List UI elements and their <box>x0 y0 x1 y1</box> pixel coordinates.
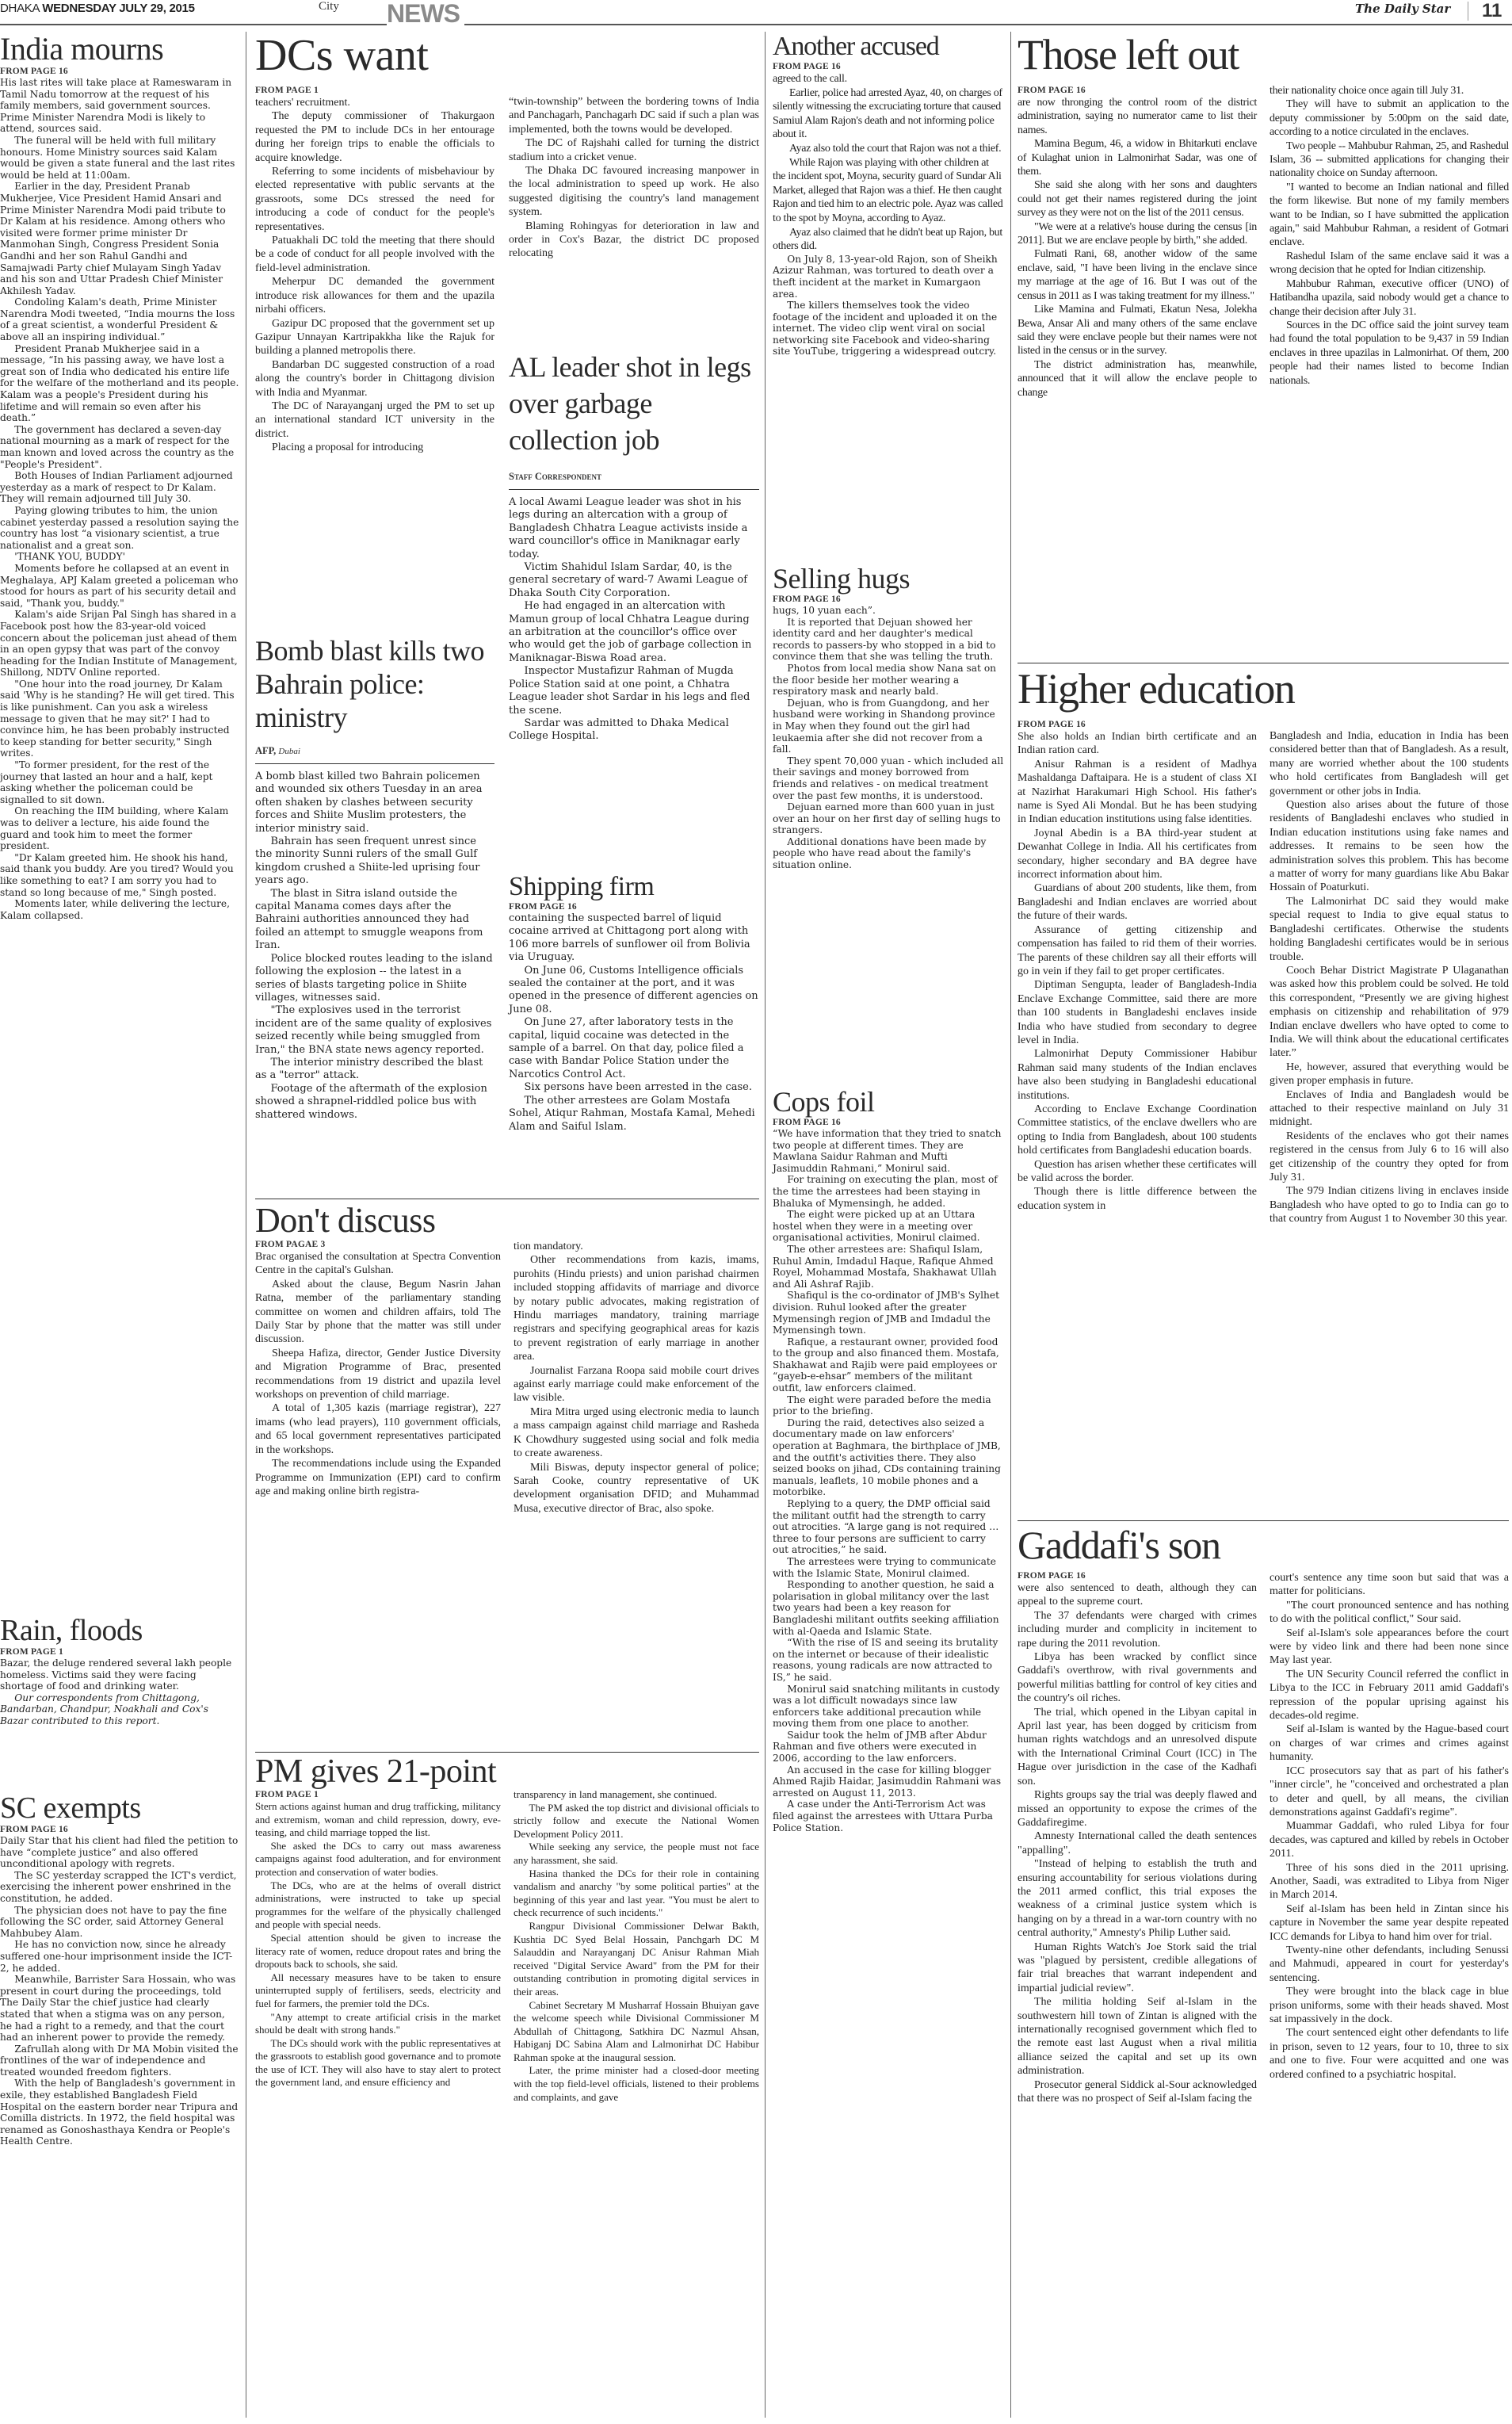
article-body: were also sentenced to death, although t… <box>1018 1581 1257 2105</box>
paragraph: Sardar was admitted to Dhaka Medical Col… <box>509 717 759 744</box>
paragraph: They will have to submit an application … <box>1270 97 1509 139</box>
column-divider <box>765 32 766 2418</box>
article-body: agreed to the call. Earlier, police had … <box>773 72 1004 254</box>
paragraph: Kalam's aide Srijan Pal Singh has shared… <box>0 609 239 679</box>
article-rain-floods: Rain, floods FROM PAGE 1 Bazar, the delu… <box>0 1615 239 1727</box>
column: transparency in land management, she con… <box>514 1788 759 2104</box>
paragraph: Lalmonirhat Deputy Commissioner Habibur … <box>1018 1047 1257 1103</box>
article-body: “We have information that they tried to … <box>773 1128 1004 1833</box>
paragraph: “twin-township” between the bordering to… <box>509 95 759 136</box>
paragraph: Like Mamina and Fulmati, Ekatun Nesa, Jo… <box>1018 303 1257 358</box>
from-page: FROM PAGE 16 <box>773 62 1004 71</box>
article-sc-exempts: SC exempts FROM PAGE 16 Daily Star that … <box>0 1793 239 2147</box>
article-body-columns: FROM PAGAE 3 Brac organised the consulta… <box>255 1238 759 1516</box>
paragraph: Earlier in the day, President Pranab Muk… <box>0 181 239 296</box>
paragraph: Brac organised the consultation at Spect… <box>255 1250 501 1278</box>
paragraph: The 37 defendants were charged with crim… <box>1018 1609 1257 1650</box>
paragraph: Sources in the DC office said the joint … <box>1270 319 1509 388</box>
column-divider <box>1010 32 1011 2418</box>
headline: Shipping firm <box>509 874 759 900</box>
paragraph: The 979 Indian citizens living in enclav… <box>1270 1184 1509 1225</box>
paragraph: Human Rights Watch's Joe Stork said the … <box>1018 1940 1257 1996</box>
masthead: DHAKA WEDNESDAY JULY 29, 2015 City NEWS … <box>0 0 1512 27</box>
paragraph: All necessary measures have to be taken … <box>255 1971 501 2011</box>
headline: PM gives 21-point <box>255 1755 759 1788</box>
paragraph: Shafiqul is the co-ordinator of JMB's Sy… <box>773 1290 1004 1336</box>
paragraph: "I wanted to become an Indian national a… <box>1270 181 1509 250</box>
paragraph: Footage of the aftermath of the explosio… <box>255 1083 494 1122</box>
article-another-accused: Another accused FROM PAGE 16 agreed to t… <box>773 33 1004 357</box>
from-page: FROM PAGE 16 <box>773 1118 1004 1127</box>
brand-logo: The Daily Star <box>1355 2 1450 16</box>
paragraph: agreed to the call. <box>773 72 1004 86</box>
paragraph: “We have information that they tried to … <box>773 1128 1004 1174</box>
paragraph: Twenty-nine other defendants, including … <box>1270 1944 1509 1985</box>
paragraph: Mamina Begum, 46, a widow in Bhitarkuti … <box>1018 137 1257 178</box>
section-divider <box>255 1752 759 1753</box>
paragraph: Mili Biswas, deputy inspector general of… <box>514 1461 759 1516</box>
headline: India mourns <box>0 33 239 65</box>
article-body: On July 8, 13-year-old Rajon, son of She… <box>773 254 1004 357</box>
paragraph: He, however, assured that everything wou… <box>1270 1061 1509 1088</box>
article-body-columns: FROM PAGE 16 were also sentenced to deat… <box>1018 1569 1509 2105</box>
paragraph: Meanwhile, Barrister Sara Hossain, who w… <box>0 1974 239 2044</box>
paragraph: Asked about the clause, Begum Nasrin Jah… <box>255 1278 501 1347</box>
article-body: She also holds an Indian birth certifica… <box>1018 730 1257 1213</box>
from-page: FROM PAGE 16 <box>509 902 759 912</box>
paragraph: Ayaz also told the court that Rajon was … <box>773 142 1004 156</box>
paragraph: The physician does not have to pay the f… <box>0 1905 239 1940</box>
paragraph: The funeral will be held with full milit… <box>0 135 239 181</box>
paragraph: Six persons have been arrested in the ca… <box>509 1081 759 1094</box>
from-page: FROM PAGE 16 <box>773 595 1004 604</box>
paragraph: their nationality choice once again till… <box>1270 84 1509 97</box>
paragraph: The killers themselves took the video fo… <box>773 300 1004 357</box>
from-page: FROM PAGE 16 <box>0 1825 239 1834</box>
paragraph: They spent 70,000 yuan - which included … <box>773 755 1004 801</box>
paragraph: Police blocked routes leading to the isl… <box>255 953 494 1005</box>
paragraph: ICC prosecutors say that as part of his … <box>1270 1764 1509 1820</box>
paragraph: Enclaves of India and Bangladesh would b… <box>1270 1088 1509 1130</box>
paragraph: The other arrestees are: Shafiqul Islam,… <box>773 1244 1004 1290</box>
paragraph: Replying to a query, the DMP official sa… <box>773 1498 1004 1556</box>
article-pm-gives: PM gives 21-point FROM PAGE 1 Stern acti… <box>255 1755 759 2104</box>
headline: DCs want <box>255 33 758 78</box>
paragraph: Both Houses of Indian Parliament adjourn… <box>0 470 239 505</box>
paragraph: teachers' recruitment. <box>255 96 494 109</box>
paragraph: The arrestees were trying to communicate… <box>773 1556 1004 1579</box>
article-body-columns: FROM PAGE 16 are now thronging the contr… <box>1018 84 1509 400</box>
article-body-columns: FROM PAGE 1 Stern actions against human … <box>255 1788 759 2104</box>
paragraph: Monirul said snatching militants in cust… <box>773 1684 1004 1730</box>
column: FROM PAGE 16 were also sentenced to deat… <box>1018 1569 1257 2105</box>
paragraph: On June 27, after laboratory tests in th… <box>509 1016 759 1081</box>
paragraph: The other arrestees are Golam Mostafa So… <box>509 1095 759 1134</box>
byline-agency: AFP, <box>255 745 276 756</box>
paragraph: Anisur Rahman is a resident of Madhya Ma… <box>1018 758 1257 827</box>
paragraph: The trial, which opened in the Libyan ca… <box>1018 1706 1257 1788</box>
byline: AFP, Dubai <box>255 745 494 764</box>
paragraph: Special attention should be given to inc… <box>255 1932 501 1971</box>
article-shipping-firm: Shipping firm FROM PAGE 16 containing th… <box>509 874 759 1134</box>
paragraph: "The explosives used in the terrorist in… <box>255 1004 494 1057</box>
paragraph: The UN Security Council referred the con… <box>1270 1668 1509 1723</box>
article-selling-hugs: Selling hugs FROM PAGE 16 hugs, 10 yuan … <box>773 564 1004 871</box>
paragraph: "Instead of helping to establish the tru… <box>1018 1857 1257 1940</box>
article-body-columns: FROM PAGE 16 She also holds an Indian bi… <box>1018 718 1509 1226</box>
paragraph: "Dr Kalam greeted him. He shook his hand… <box>0 852 239 898</box>
paragraph: A total of 1,305 kazis (marriage registr… <box>255 1401 501 1457</box>
column: FROM PAGE 1 Stern actions against human … <box>255 1788 501 2104</box>
paragraph: were also sentenced to death, although t… <box>1018 1581 1257 1609</box>
paragraph: She also holds an Indian birth certifica… <box>1018 730 1257 758</box>
article-higher-education: Higher education FROM PAGE 16 She also h… <box>1018 667 1509 1226</box>
paragraph: On reaching the IIM building, where Kala… <box>0 805 239 851</box>
paragraph: With the help of Bangladesh's government… <box>0 2078 239 2147</box>
from-page: FROM PAGE 16 <box>1018 720 1257 729</box>
paragraph: "We were at a relative's house during th… <box>1018 220 1257 248</box>
paragraph: Rashedul Islam of the same enclave said … <box>1270 250 1509 277</box>
from-page: FROM PAGE 1 <box>255 1790 501 1799</box>
article-body: transparency in land management, she con… <box>514 1788 759 2104</box>
paragraph: hugs, 10 yuan each”. <box>773 605 1004 617</box>
paragraph: Meherpur DC demanded the government intr… <box>255 275 494 316</box>
paragraph: Gazipur DC proposed that the government … <box>255 317 494 358</box>
headline: Another accused <box>773 33 1004 60</box>
paragraph: "To former president, for the rest of th… <box>0 759 239 805</box>
headline: Rain, floods <box>0 1615 239 1646</box>
paragraph: She said she along with her sons and dau… <box>1018 178 1257 220</box>
paragraph: Dejuan, who is from Guangdong, and her h… <box>773 698 1004 755</box>
paragraph: Later, the prime minister had a closed-d… <box>514 2064 759 2104</box>
paragraph: The DC of Rajshahi called for turning th… <box>509 136 759 164</box>
masthead-separator <box>1468 2 1468 21</box>
paragraph: Fulmati Rani, 68, another widow of the s… <box>1018 247 1257 303</box>
section-title: NEWS <box>387 0 464 27</box>
paragraph: Bangladesh and India, education in India… <box>1270 729 1509 798</box>
dateline-date: WEDNESDAY JULY 29, 2015 <box>42 2 194 15</box>
article-body: His last rites will take place at Ramesw… <box>0 77 239 921</box>
paragraph: The DCs, who are at the helms of overall… <box>255 1879 501 1932</box>
dateline: DHAKA WEDNESDAY JULY 29, 2015 <box>0 2 195 15</box>
paragraph: containing the suspected barrel of liqui… <box>509 912 759 965</box>
paragraph: President Pranab Mukherjee said in a mes… <box>0 343 239 424</box>
article-body: their nationality choice once again till… <box>1270 84 1509 388</box>
paragraph: His last rites will take place at Ramesw… <box>0 77 239 135</box>
paragraph: The interior ministry described the blas… <box>255 1057 494 1083</box>
paragraph: "Any attempt to create artificial crisis… <box>255 2011 501 2037</box>
article-al-leader: AL leader shot in legs over garbage coll… <box>509 349 759 744</box>
paragraph: Though there is little difference betwee… <box>1018 1185 1257 1213</box>
column: tion mandatory. Other recommendations fr… <box>514 1238 759 1516</box>
paragraph: He has no conviction now, since he alrea… <box>0 1939 239 1974</box>
article-body: hugs, 10 yuan each”. It is reported that… <box>773 605 1004 871</box>
paragraph: The PM asked the top district and divisi… <box>514 1802 759 1841</box>
article-body: A local Awami League leader was shot in … <box>509 496 759 744</box>
paragraph: They were brought into the black cage in… <box>1270 1985 1509 2026</box>
contributor-note: Our correspondents from Chittagong, Band… <box>0 1692 239 1727</box>
paragraph: An accused in the case for killing blogg… <box>773 1764 1004 1799</box>
paragraph: Amnesty International called the death s… <box>1018 1829 1257 1857</box>
paragraph: tion mandatory. <box>514 1240 759 1253</box>
paragraph: Rangpur Divisional Commissioner Delwar B… <box>514 1920 759 1999</box>
section-divider <box>1018 1520 1509 1521</box>
byline-place: Dubai <box>278 747 300 756</box>
article-body: teachers' recruitment. The deputy commis… <box>255 96 494 455</box>
paragraph: are now thronging the control room of th… <box>1018 96 1257 137</box>
paragraph: Bandarban DC suggested construction of a… <box>255 358 494 400</box>
paragraph: Mira Mitra urged using electronic media … <box>514 1405 759 1461</box>
dateline-city: DHAKA <box>0 2 39 15</box>
column: FROM PAGAE 3 Brac organised the consulta… <box>255 1238 501 1516</box>
dcs-want-col2: “twin-township” between the bordering to… <box>509 84 759 261</box>
paragraph: While seeking any service, the people mu… <box>514 1841 759 1867</box>
paragraph: Seif al-Islam is wanted by the Hague-bas… <box>1270 1722 1509 1764</box>
paragraph: Muammar Gaddafi, who ruled Libya for fou… <box>1270 1819 1509 1860</box>
paragraph: Seif al-Islam has been held in Zintan si… <box>1270 1902 1509 1944</box>
article-dont-discuss: Don't discuss FROM PAGAE 3 Brac organise… <box>255 1203 759 1516</box>
article-body: court's sentence any time soon but said … <box>1270 1571 1509 2082</box>
article-india-mourns: India mourns FROM PAGE 16 His last rites… <box>0 33 239 921</box>
paragraph: "One hour into the road journey, Dr Kala… <box>0 679 239 759</box>
paragraph: The eight were picked up at an Uttara ho… <box>773 1209 1004 1244</box>
paragraph: Earlier, police had arrested Ayaz, 40, o… <box>773 86 1004 142</box>
column: their nationality choice once again till… <box>1270 84 1509 400</box>
paragraph: She asked the DCs to carry out mass awar… <box>255 1840 501 1879</box>
paragraph: The DCs should work with the public repr… <box>255 2037 501 2089</box>
paragraph: While Rajon was playing with other child… <box>773 156 1004 226</box>
paragraph: Joynal Abedin is a BA third-year student… <box>1018 827 1257 882</box>
paragraph: Photos from local media show Nana sat on… <box>773 663 1004 698</box>
paragraph: Cooch Behar District Magistrate P Ulagan… <box>1270 964 1509 1061</box>
headline: Don't discuss <box>255 1203 759 1238</box>
masthead-rule <box>0 24 1512 25</box>
paragraph: Guardians of about 200 students, like th… <box>1018 881 1257 923</box>
paragraph: court's sentence any time soon but said … <box>1270 1571 1509 1599</box>
headline: Gaddafi's son <box>1018 1525 1509 1565</box>
paragraph: Question also arises about the future of… <box>1270 798 1509 895</box>
headline: Selling hugs <box>773 564 1004 593</box>
article-body: tion mandatory. Other recommendations fr… <box>514 1240 759 1516</box>
paragraph: Dejuan earned more than 600 yuan in just… <box>773 801 1004 836</box>
article-body: Bazar, the deluge rendered several lakh … <box>0 1657 239 1727</box>
article-body: A bomb blast killed two Bahrain policeme… <box>255 770 494 1122</box>
article-body: “twin-township” between the bordering to… <box>509 95 759 261</box>
paragraph: The Lalmonirhat DC said they would make … <box>1270 895 1509 964</box>
paragraph: Placing a proposal for introducing <box>255 441 494 454</box>
paragraph: The government has declared a seven-day … <box>0 424 239 470</box>
paragraph: The SC yesterday scrapped the ICT's verd… <box>0 1870 239 1905</box>
paragraph: Moments later, while delivering the lect… <box>0 898 239 921</box>
paragraph: The DC of Narayanganj urged the PM to se… <box>255 400 494 441</box>
paragraph: Ayaz also claimed that he didn't beat up… <box>773 226 1004 254</box>
paragraph: A bomb blast killed two Bahrain policeme… <box>255 770 494 835</box>
paragraph: A local Awami League leader was shot in … <box>509 496 759 561</box>
paragraph: Zafrullah along with Dr MA Mobin visited… <box>0 2044 239 2078</box>
paragraph: Bazar, the deluge rendered several lakh … <box>0 1657 239 1692</box>
paragraph: Rights groups say the trial was deeply f… <box>1018 1788 1257 1829</box>
headline: Higher education <box>1018 667 1509 710</box>
paragraph: The militia holding Seif al-Islam in the… <box>1018 1995 1257 2078</box>
article-body: Daily Star that his client had filed the… <box>0 1835 239 2147</box>
paragraph: Libya has been wracked by conflict since… <box>1018 1650 1257 1706</box>
article-body: Brac organised the consultation at Spect… <box>255 1250 501 1498</box>
paragraph: Condoling Kalam's death, Prime Minister … <box>0 296 239 342</box>
column-divider <box>246 32 246 2418</box>
headline: Cops foil <box>773 1088 1004 1116</box>
paragraph: He had engaged in an altercation with Ma… <box>509 600 759 665</box>
paragraph: Residents of the enclaves who got their … <box>1270 1130 1509 1185</box>
from-page: FROM PAGE 16 <box>0 67 239 76</box>
paragraph: Stern actions against human and drug tra… <box>255 1800 501 1840</box>
article-cops-foil: Cops foil FROM PAGE 16 “We have informat… <box>773 1088 1004 1833</box>
article-body: Stern actions against human and drug tra… <box>255 1800 501 2089</box>
paragraph: Blaming Rohingyas for deterioration in l… <box>509 220 759 261</box>
paragraph: Patuakhali DC told the meeting that ther… <box>255 234 494 275</box>
column: FROM PAGE 16 are now thronging the contr… <box>1018 84 1257 400</box>
paragraph: Other recommendations from kazis, imams,… <box>514 1253 759 1363</box>
headline: AL leader shot in legs over garbage coll… <box>509 349 759 458</box>
headline: SC exempts <box>0 1793 239 1823</box>
paragraph: On June 06, Customs Intelligence officia… <box>509 965 759 1017</box>
paragraph: The Dhaka DC favoured increasing manpowe… <box>509 164 759 220</box>
from-page: FROM PAGE 1 <box>0 1647 239 1657</box>
paragraph: transparency in land management, she con… <box>514 1788 759 1802</box>
paragraph: According to Enclave Exchange Coordinati… <box>1018 1103 1257 1158</box>
article-bomb-blast: Bomb blast kills two Bahrain police: min… <box>255 634 494 1122</box>
article-gaddafis-son: Gaddafi's son FROM PAGE 16 were also sen… <box>1018 1525 1509 2105</box>
column: court's sentence any time soon but said … <box>1270 1569 1509 2105</box>
paragraph: Referring to some incidents of misbehavi… <box>255 165 494 234</box>
paragraph: Mahbubur Rahman, executive officer (UNO)… <box>1270 277 1509 319</box>
paragraph: During the raid, detectives also seized … <box>773 1417 1004 1498</box>
byline: Staff Correspondent <box>509 471 759 490</box>
paragraph: Moments before he collapsed at an event … <box>0 563 239 609</box>
paragraph: Rafique, a restaurant owner, provided fo… <box>773 1336 1004 1394</box>
paragraph: A case under the Anti-Terrorism Act was … <box>773 1799 1004 1833</box>
dcs-want-col1: FROM PAGE 1 teachers' recruitment. The d… <box>255 84 494 455</box>
paragraph: The district administration has, meanwhi… <box>1018 358 1257 400</box>
paragraph: Journalist Farzana Roopa said mobile cou… <box>514 1364 759 1405</box>
section-label: City <box>319 0 339 13</box>
paragraph: Seif al-Islam's sole appearances before … <box>1270 1627 1509 1668</box>
headline: Bomb blast kills two Bahrain police: min… <box>255 634 494 734</box>
paragraph: Inspector Mustafizur Rahman of Mugda Pol… <box>509 665 759 717</box>
paragraph: The court sentenced eight other defendan… <box>1270 2026 1509 2082</box>
section-divider <box>255 1199 759 1199</box>
paragraph: Sheepa Hafiza, director, Gender Justice … <box>255 1347 501 1402</box>
article-body: containing the suspected barrel of liqui… <box>509 912 759 1134</box>
from-page: FROM PAGE 16 <box>1018 86 1257 95</box>
subhead: 'THANK YOU, BUDDY' <box>0 551 239 563</box>
paragraph: Question has arisen whether these certif… <box>1018 1158 1257 1186</box>
paragraph: Paying glowing tributes to him, the unio… <box>0 505 239 551</box>
article-body: Bangladesh and India, education in India… <box>1270 729 1509 1226</box>
paragraph: The deputy commissioner of Thakurgaon re… <box>255 109 494 165</box>
paragraph: Saidur took the helm of JMB after Abdur … <box>773 1730 1004 1764</box>
paragraph: Bahrain has seen frequent unrest since t… <box>255 835 494 888</box>
paragraph: It is reported that Dejuan showed her id… <box>773 617 1004 663</box>
paragraph: Diptiman Sengupta, leader of Bangladesh-… <box>1018 978 1257 1047</box>
article-body: are now thronging the control room of th… <box>1018 96 1257 400</box>
paragraph: Cabinet Secretary M Musharraf Hossain Bh… <box>514 1999 759 2065</box>
column: Bangladesh and India, education in India… <box>1270 718 1509 1226</box>
paragraph: Three of his sons died in the 2011 upris… <box>1270 1861 1509 1902</box>
from-page: FROM PAGAE 3 <box>255 1240 501 1249</box>
article-dcs-want: DCs want <box>255 33 758 78</box>
paragraph: Responding to another question, he said … <box>773 1579 1004 1637</box>
section-divider <box>1018 663 1509 663</box>
paragraph: The recommendations include using the Ex… <box>255 1457 501 1498</box>
paragraph: Daily Star that his client had filed the… <box>0 1835 239 1870</box>
column: FROM PAGE 16 She also holds an Indian bi… <box>1018 718 1257 1226</box>
headline: Those left out <box>1018 33 1509 76</box>
paragraph: On July 8, 13-year-old Rajon, son of She… <box>773 254 1004 300</box>
paragraph: "The court pronounced sentence and has n… <box>1270 1599 1509 1627</box>
paragraph: “With the rise of IS and seeing its brut… <box>773 1637 1004 1683</box>
paragraph: Hasina thanked the DCs for their role in… <box>514 1868 759 1920</box>
from-page: FROM PAGE 16 <box>1018 1571 1257 1581</box>
paragraph: The eight were paraded before the media … <box>773 1394 1004 1417</box>
article-those-left-out: Those left out FROM PAGE 16 are now thro… <box>1018 33 1509 400</box>
from-page: FROM PAGE 1 <box>255 86 494 95</box>
page-number: 11 <box>1482 0 1502 22</box>
paragraph: The blast in Sitra island outside the ca… <box>255 888 494 953</box>
paragraph: For training on executing the plan, most… <box>773 1174 1004 1209</box>
paragraph: Assurance of getting citizenship and com… <box>1018 923 1257 979</box>
paragraph: Additional donations have been made by p… <box>773 836 1004 871</box>
paragraph: Two people -- Mahbubur Rahman, 25, and R… <box>1270 140 1509 181</box>
paragraph: Victim Shahidul Islam Sardar, 40, is the… <box>509 561 759 600</box>
paragraph: Prosecutor general Siddick al-Sour ackno… <box>1018 2078 1257 2106</box>
